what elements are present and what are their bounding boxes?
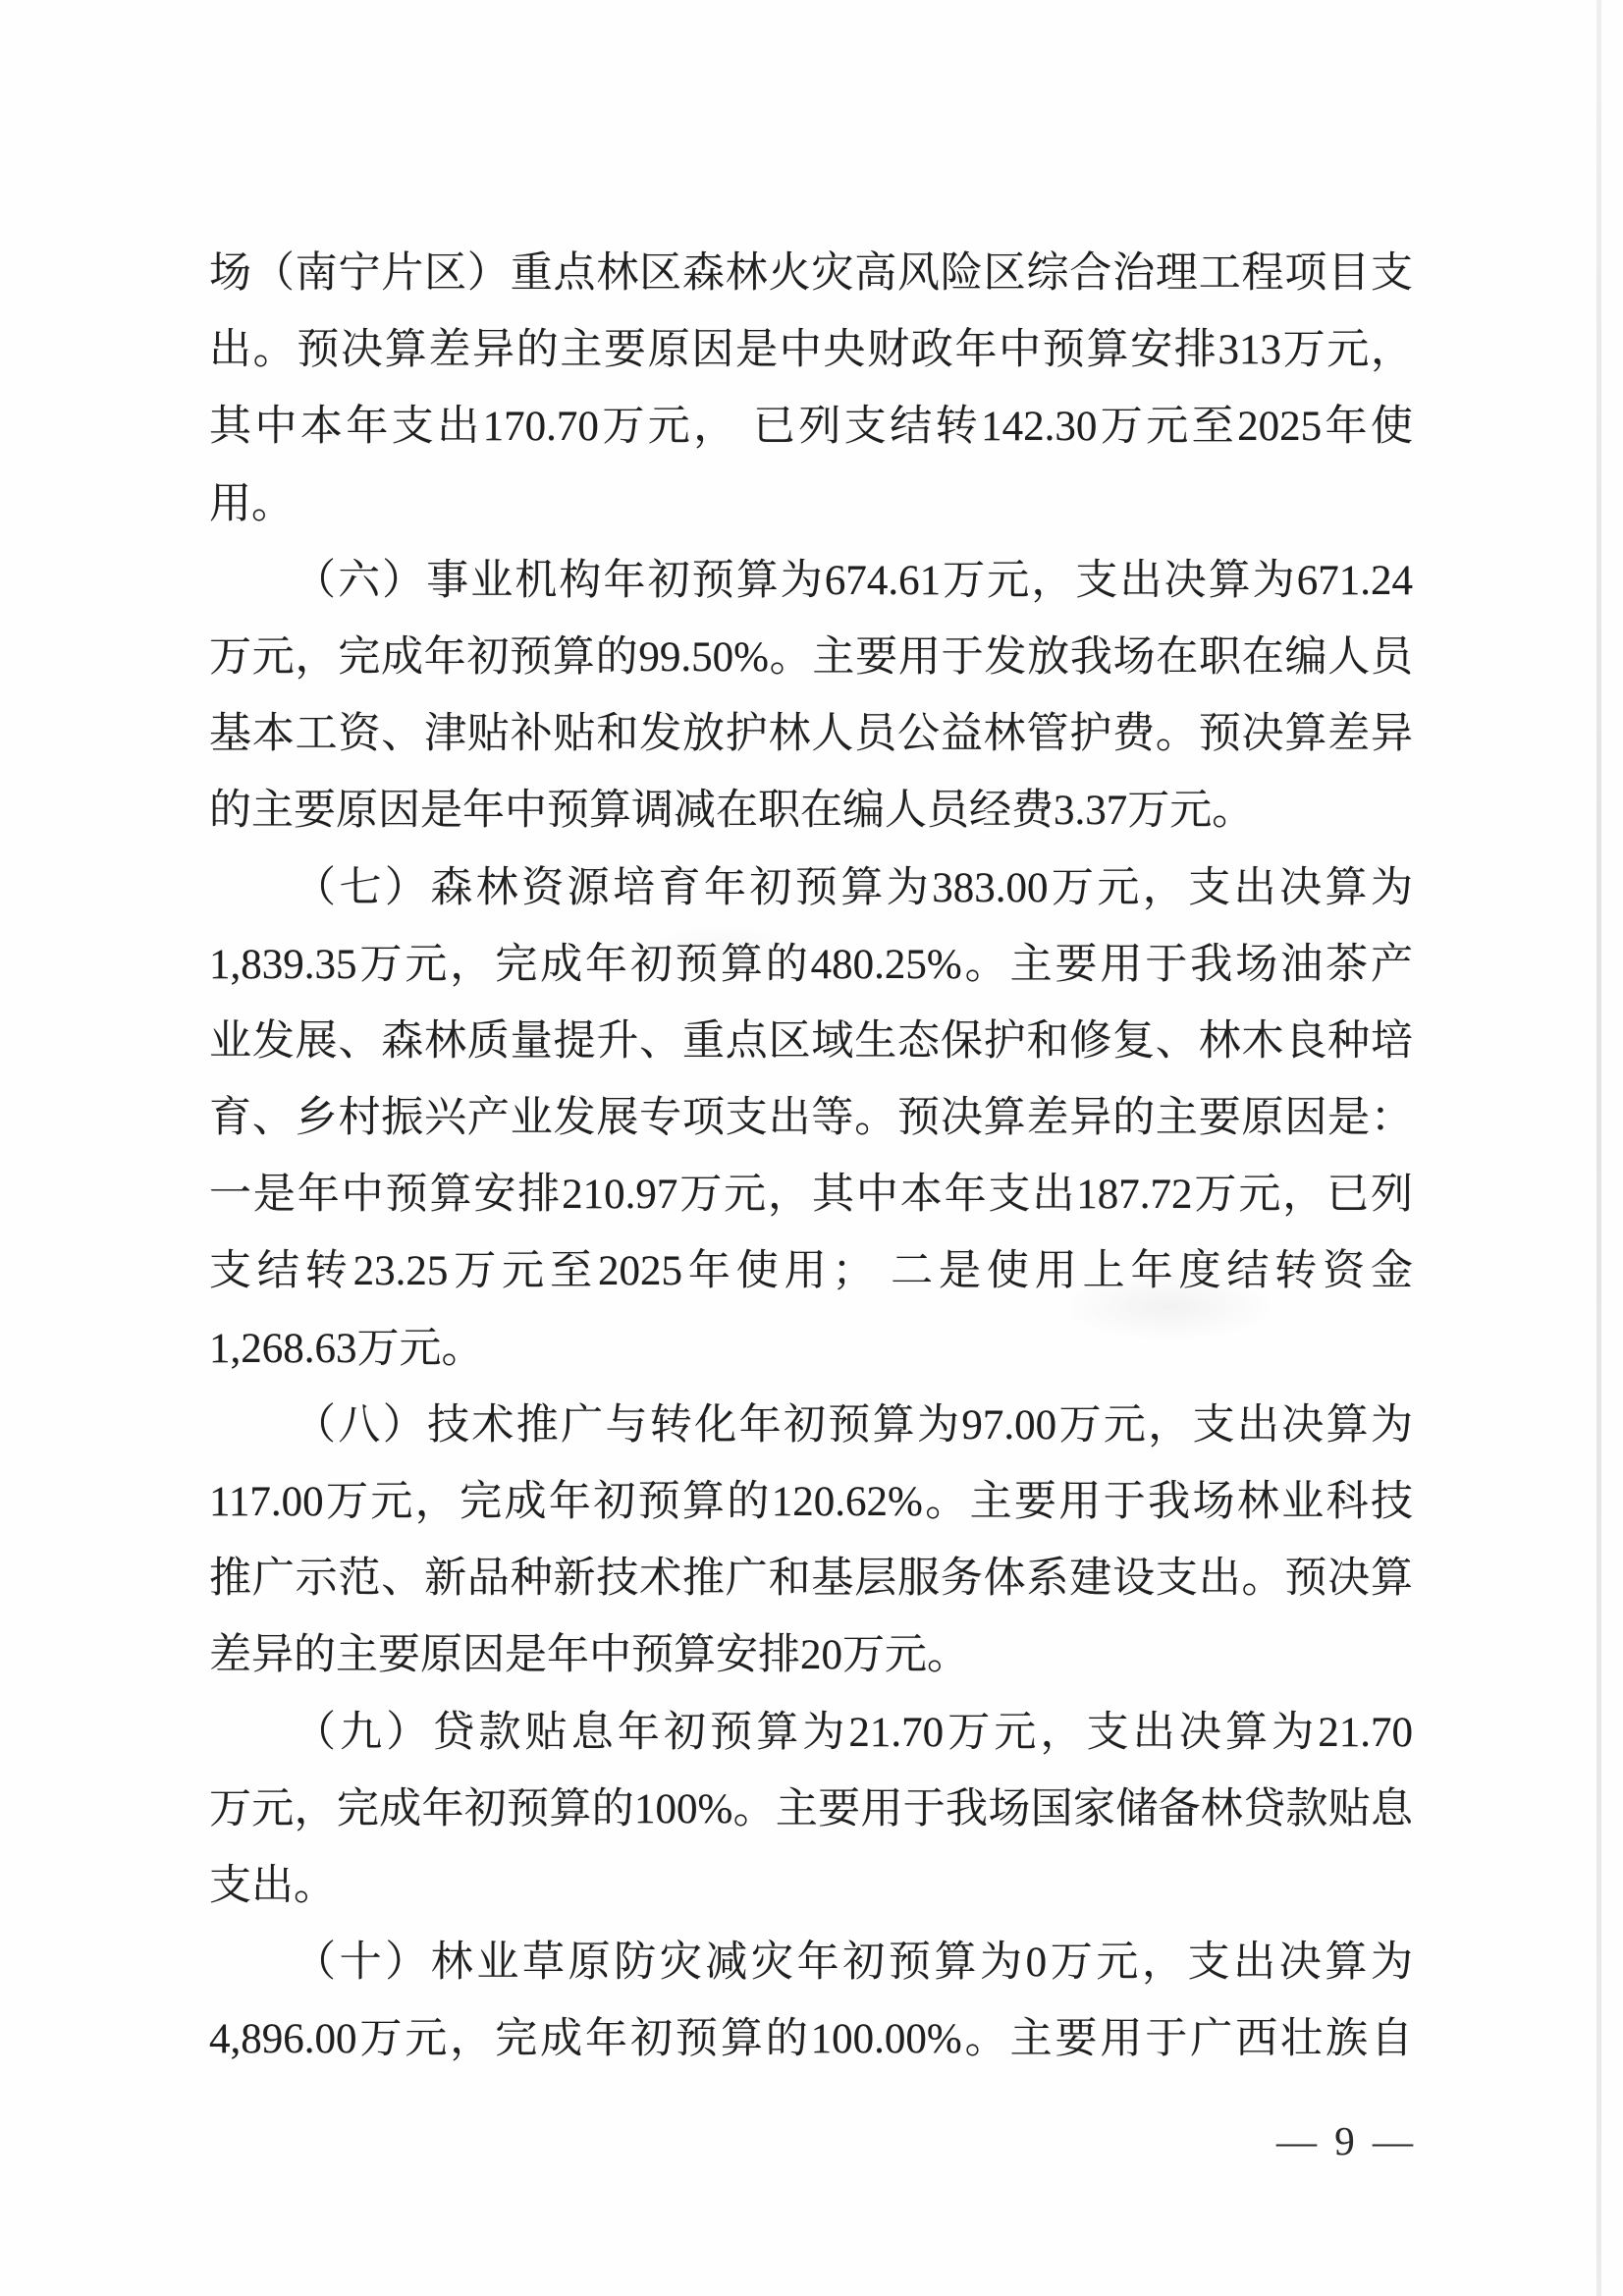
text-line: 万元，完成年初预算的99.50%。主要用于发放我场在职在编人员 [209,620,1413,696]
text-line: （七）森林资源培育年初预算为383.00万元，支出决算为 [209,850,1413,927]
text-line: 支结转23.25万元至2025年使用； 二是使用上年度结转资金 [209,1233,1413,1310]
text-line: 1,268.63万元。 [209,1311,1413,1388]
page-number: — 9 — [1276,2111,1417,2170]
text-line: 推广示范、新品种新技术推广和基层服务体系建设支出。预决算 [209,1541,1413,1617]
text-line: 1,839.35万元，完成年初预算的480.25%。主要用于我场油茶产 [209,927,1413,1004]
document-body: 场（南宁片区）重点林区森林火灾高风险区综合治理工程项目支出。预决算差异的主要原因… [209,236,1413,2079]
text-line: 一是年中预算安排210.97万元，其中本年支出187.72万元，已列 [209,1157,1413,1233]
text-line: 支出。 [209,1848,1413,1925]
text-line: 万元，完成年初预算的100%。主要用于我场国家储备林贷款贴息 [209,1772,1413,1848]
text-line: 用。 [209,466,1413,543]
text-line: 场（南宁片区）重点林区森林火灾高风险区综合治理工程项目支 [209,236,1413,312]
text-line: （九）贷款贴息年初预算为21.70万元，支出决算为21.70 [209,1695,1413,1772]
text-line: 业发展、森林质量提升、重点区域生态保护和修复、林木良种培 [209,1004,1413,1080]
text-line: 育、乡村振兴产业发展专项支出等。预决算差异的主要原因是： [209,1080,1413,1157]
text-line: （八）技术推广与转化年初预算为97.00万元，支出决算为 [209,1388,1413,1464]
text-line: 基本工资、津贴补贴和发放护林人员公益林管护费。预决算差异 [209,696,1413,773]
document-page: 场（南宁片区）重点林区森林火灾高风险区综合治理工程项目支出。预决算差异的主要原因… [0,0,1623,2296]
text-line: 的主要原因是年中预算调减在职在编人员经费3.37万元。 [209,773,1413,849]
text-line: （六）事业机构年初预算为674.61万元，支出决算为671.24 [209,543,1413,620]
text-line: 4,896.00万元，完成年初预算的100.00%。主要用于广西壮族自 [209,2001,1413,2078]
text-line: （十）林业草原防灾减灾年初预算为0万元，支出决算为 [209,1925,1413,2001]
text-line: 其中本年支出170.70万元， 已列支结转142.30万元至2025年使 [209,389,1413,465]
text-line: 差异的主要原因是年中预算安排20万元。 [209,1617,1413,1694]
text-line: 117.00万元，完成年初预算的120.62%。主要用于我场林业科技 [209,1464,1413,1541]
scan-artifact-line [1596,0,1601,2296]
text-line: 出。预决算差异的主要原因是中央财政年中预算安排313万元， [209,312,1413,389]
